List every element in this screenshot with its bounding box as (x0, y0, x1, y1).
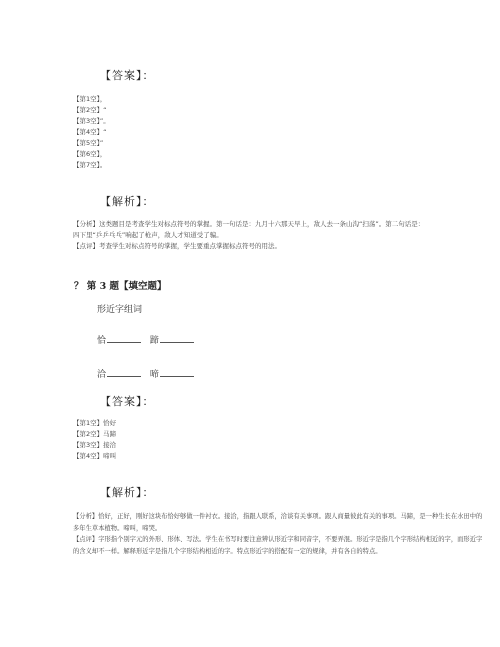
answer-value: 。 (100, 161, 107, 169)
answer-label: 【第1空】 (73, 95, 100, 103)
answer-label: 【第6空】 (73, 150, 100, 158)
blank-field[interactable] (107, 334, 141, 343)
answer-value: “ (103, 106, 106, 114)
answer-list: 【第1空】恰好 【第2空】马蹄 【第3空】接洽 【第4空】啼叫 (73, 418, 116, 462)
answer-item: 【第1空】恰好 (73, 418, 116, 429)
blank-field[interactable] (160, 368, 194, 377)
analysis-text: 【分析】这类题目是考查学生对标点符号的掌握。第一句话是：九月十六那天早上，敌人去… (73, 219, 424, 230)
answer-value: ” (100, 139, 103, 147)
comment-text: 【点评】考查学生对标点符号的掌握，学生要重点掌握标点符号的用法。 (73, 241, 424, 252)
answer-item: 【第5空】” (73, 138, 110, 149)
question-title: ？ 第 3 题【填空题】 (74, 278, 167, 292)
question-prompt: 形近字组词 (97, 302, 142, 315)
answer-label: 【第3空】 (73, 117, 100, 125)
analysis-heading: 【解析】： (100, 193, 155, 209)
analysis-block: 【分析】这类题目是考查学生对标点符号的掌握。第一句话是：九月十六那天早上，敌人去… (73, 219, 424, 252)
answer-item: 【第3空】接洽 (73, 440, 116, 451)
character: 恰 (97, 336, 106, 346)
answer-item: 【第3空】”。 (73, 116, 110, 127)
analysis-text: 四下里“乒乒乓乓”响起了枪声，敌人才知道受了骗。 (73, 230, 424, 241)
blank-field[interactable] (160, 334, 194, 343)
analysis-block: 【分析】恰好，正好，刚好这块布恰好够做一件衬衣。接洽，指跟人联系，洽谈有关事项。… (73, 511, 483, 557)
answer-heading: 【答案】： (100, 393, 155, 409)
answer-value: ”。 (100, 117, 110, 125)
answer-value: 接洽 (103, 441, 116, 449)
answer-list: 【第1空】， 【第2空】“ 【第3空】”。 【第4空】“ 【第5空】” 【第6空… (73, 94, 110, 171)
answer-item: 【第4空】“ (73, 127, 110, 138)
answer-label: 【第4空】 (73, 128, 103, 136)
fill-row: 洽 啼 (97, 367, 194, 380)
answer-value: 恰好 (103, 419, 116, 427)
answer-label: 【第3空】 (73, 441, 103, 449)
answer-label: 【第7空】 (73, 161, 100, 169)
analysis-text: 【分析】恰好，正好，刚好这块布恰好够做一件衬衣。接洽，指跟人联系，洽谈有关事项。… (73, 511, 483, 534)
analysis-heading: 【解析】： (100, 484, 155, 500)
character: 啼 (150, 370, 159, 380)
answer-label: 【第1空】 (73, 419, 103, 427)
answer-value: 啼叫 (103, 452, 116, 460)
character: 蹄 (150, 336, 159, 346)
answer-label: 【第4空】 (73, 452, 103, 460)
answer-value: “ (103, 128, 106, 136)
answer-item: 【第7空】。 (73, 160, 110, 171)
answer-item: 【第1空】， (73, 94, 110, 105)
fill-row: 恰 蹄 (97, 333, 194, 346)
answer-value: 马蹄 (103, 430, 116, 438)
blank-field[interactable] (107, 368, 141, 377)
answer-heading: 【答案】： (100, 67, 155, 83)
character: 洽 (97, 370, 106, 380)
answer-label: 【第5空】 (73, 139, 100, 147)
answer-value: ， (100, 150, 107, 158)
answer-item: 【第4空】啼叫 (73, 451, 116, 462)
answer-item: 【第2空】“ (73, 105, 110, 116)
comment-text: 【点评】字形指个别字元的外形、形体、写法。学生在书写时要注意辨认形近字和同音字，… (73, 534, 483, 557)
answer-label: 【第2空】 (73, 106, 103, 114)
answer-item: 【第6空】， (73, 149, 110, 160)
answer-label: 【第2空】 (73, 430, 103, 438)
answer-value: ， (100, 95, 107, 103)
answer-item: 【第2空】马蹄 (73, 429, 116, 440)
